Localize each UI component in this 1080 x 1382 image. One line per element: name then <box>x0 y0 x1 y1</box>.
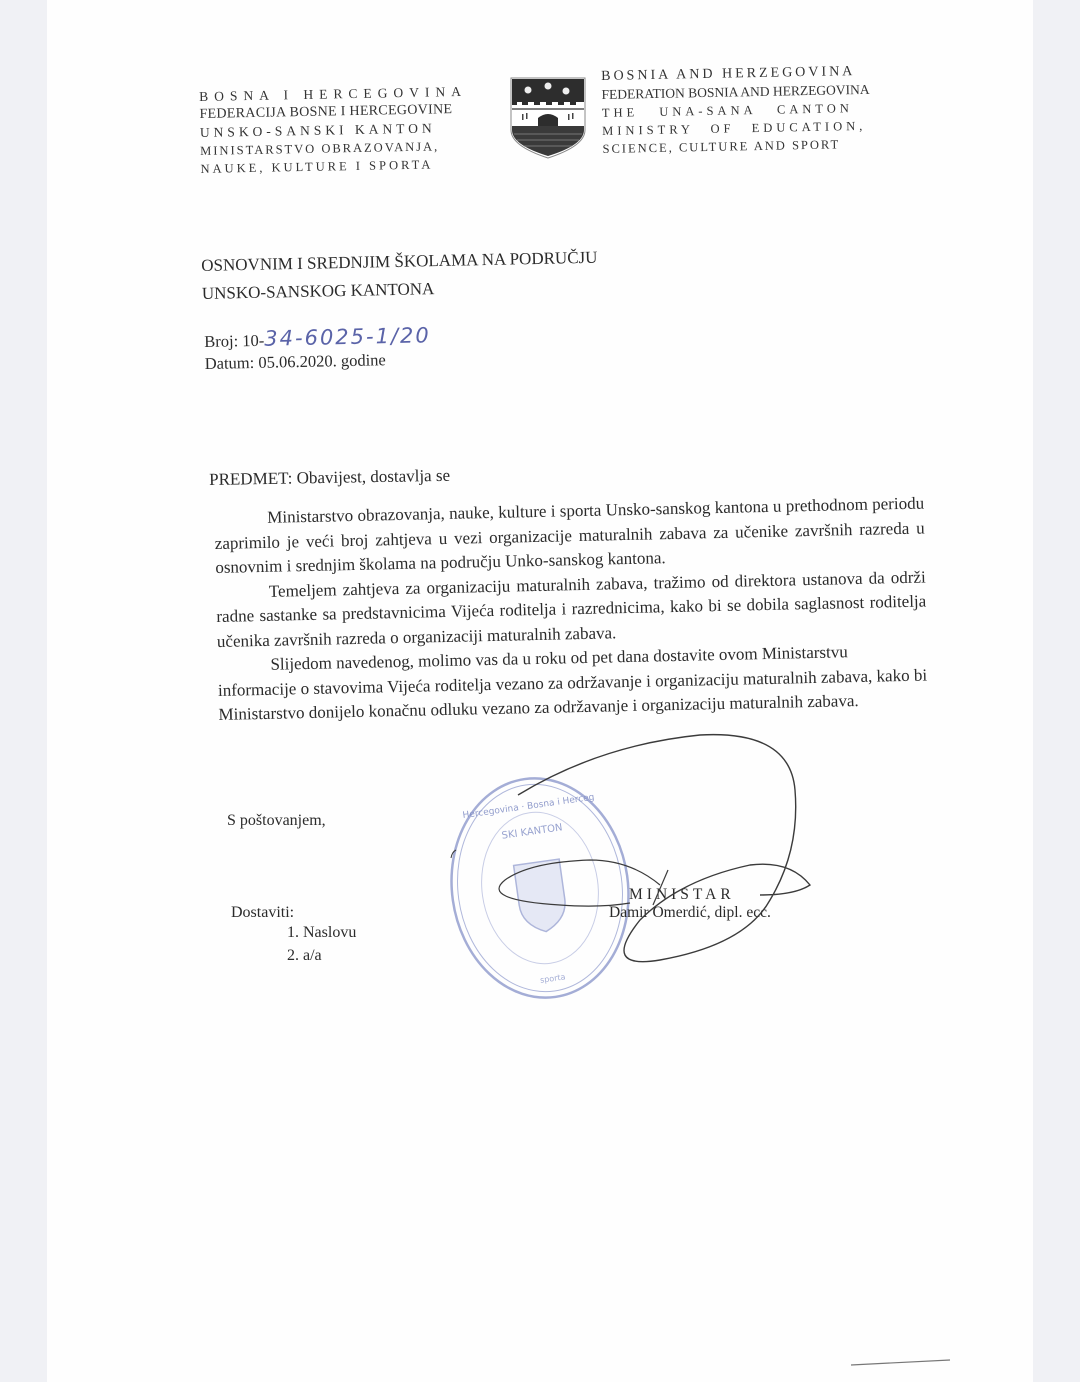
recipient-block: OSNOVNIM I SREDNJIM ŠKOLAMA NA PODRUČJU … <box>201 244 598 308</box>
header-left: BOSNA I HERCEGOVINA FEDERACIJA BOSNE I H… <box>199 83 468 178</box>
header-right: BOSNIA AND HERZEGOVINA FEDERATION BOSNIA… <box>601 63 871 158</box>
broj-handwritten: 34-6025-1/20 <box>264 323 431 350</box>
distribution-item-1: 1. Naslovu <box>287 924 356 942</box>
closing-salutation: S poštovanjem, <box>227 812 326 830</box>
signature-title: MINISTAR <box>629 886 735 904</box>
official-stamp-icon: Hercegovina · Bosna i Herceg SKI KANTON … <box>445 772 635 1004</box>
body-paragraph-3: Slijedom navedenog, molimo vas da u roku… <box>217 638 928 727</box>
signature-name: Damir Omerdić, dipl. ecc. <box>609 904 771 922</box>
letter-body: Ministarstvo obrazovanja, nauke, kulture… <box>214 492 929 728</box>
broj-label: Broj: 10- <box>204 331 264 351</box>
subject-line: PREDMET: Obavijest, dostavlja se <box>209 466 450 490</box>
svg-text:sporta: sporta <box>539 972 566 984</box>
coat-of-arms-icon <box>508 74 588 160</box>
document-date: Datum: 05.06.2020. godine <box>205 347 432 376</box>
distribution-item-2: 2. a/a <box>287 947 322 965</box>
distribution-label: Dostaviti: <box>231 904 294 922</box>
svg-text:SKI KANTON: SKI KANTON <box>501 822 563 841</box>
svg-text:Hercegovina · Bosna i Herceg: Hercegovina · Bosna i Herceg <box>462 793 595 821</box>
reference-block: Broj: 10-34-6025-1/20 Datum: 05.06.2020.… <box>204 323 431 376</box>
